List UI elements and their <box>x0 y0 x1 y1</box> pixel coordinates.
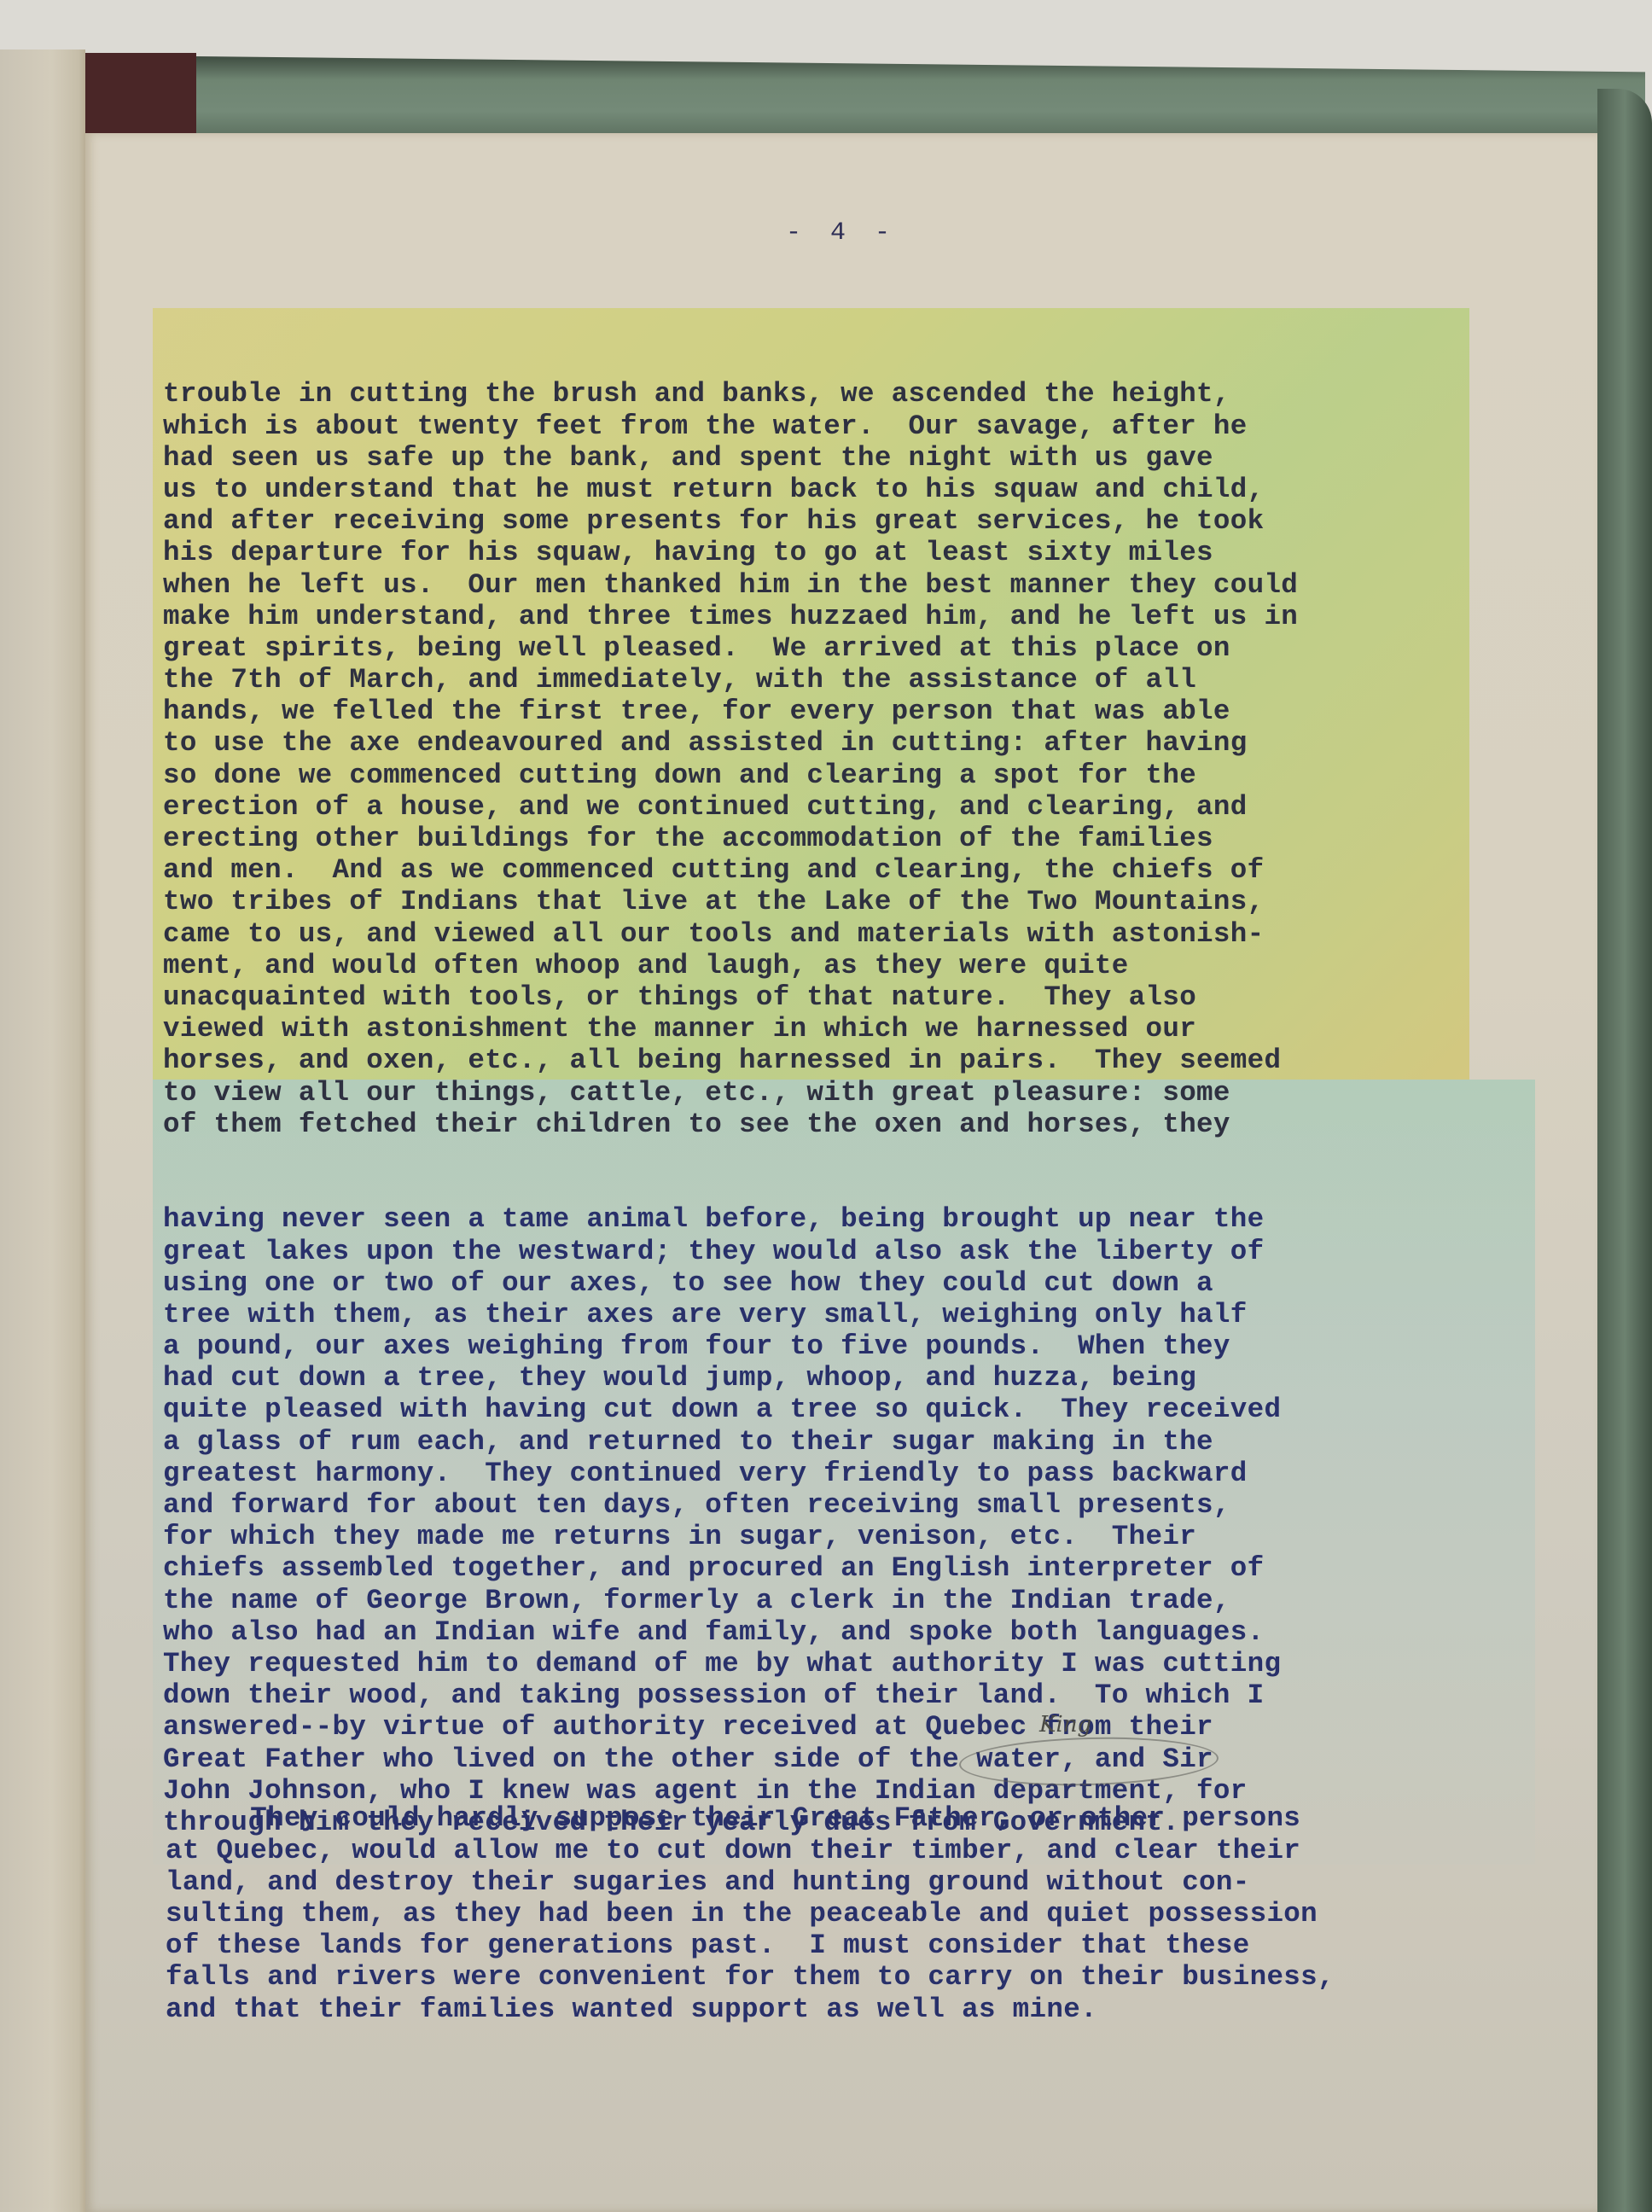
body-paragraph-1: trouble in cutting the brush and banks, … <box>163 315 1614 1901</box>
spine-stripe <box>85 53 196 138</box>
text-line: erection of a house, and we continued cu… <box>163 791 1614 823</box>
text-line: to view all our things, cattle, etc., wi… <box>163 1077 1614 1109</box>
highlighted-text: trouble in cutting the brush and banks, … <box>163 378 1614 1140</box>
typewritten-page: - 4 - trouble in cutting the brush and b… <box>85 133 1597 2212</box>
text-line: land, and destroy their sugaries and hun… <box>166 1866 1616 1898</box>
text-line: down their wood, and taking possession o… <box>163 1679 1614 1711</box>
text-line: and men. And as we commenced cutting and… <box>163 854 1614 886</box>
text-line: who also had an Indian wife and family, … <box>163 1616 1614 1648</box>
text-line: hands, we felled the first tree, for eve… <box>163 696 1614 727</box>
text-line: using one or two of our axes, to see how… <box>163 1267 1614 1299</box>
text-line: had cut down a tree, they would jump, wh… <box>163 1362 1614 1394</box>
body-paragraph-2: They could hardly suppose their Great Fa… <box>166 1739 1616 2088</box>
text-line: the name of George Brown, formerly a cle… <box>163 1585 1614 1616</box>
text-line: quite pleased with having cut down a tre… <box>163 1394 1614 1425</box>
text-line: They requested him to demand of me by wh… <box>163 1648 1614 1679</box>
text-line: when he left us. Our men thanked him in … <box>163 569 1614 601</box>
text-line: great spirits, being well pleased. We ar… <box>163 632 1614 664</box>
text-line: having never seen a tame animal before, … <box>163 1203 1614 1235</box>
text-line: falls and rivers were convenient for the… <box>166 1961 1616 1993</box>
text-line: two tribes of Indians that live at the L… <box>163 886 1614 917</box>
text-line: erecting other buildings for the accommo… <box>163 823 1614 854</box>
text-line: answered--by virtue of authority receive… <box>163 1711 1614 1743</box>
text-line: and that their families wanted support a… <box>166 1994 1616 2025</box>
text-line: came to us, and viewed all our tools and… <box>163 918 1614 950</box>
text-line: to use the axe endeavoured and assisted … <box>163 727 1614 759</box>
text-line: of them fetched their children to see th… <box>163 1109 1614 1140</box>
text-line: had seen us safe up the bank, and spent … <box>163 442 1614 474</box>
facing-page-edge <box>0 49 85 2212</box>
text-line: a pound, our axes weighing from four to … <box>163 1330 1614 1362</box>
text-line: at Quebec, would allow me to cut down th… <box>166 1835 1616 1866</box>
text-line: so done we commenced cutting down and cl… <box>163 760 1614 791</box>
text-line: us to understand that he must return bac… <box>163 474 1614 505</box>
text-line: make him understand, and three times huz… <box>163 601 1614 632</box>
text-line: which is about twenty feet from the wate… <box>163 410 1614 442</box>
text-line: and forward for about ten days, often re… <box>163 1489 1614 1521</box>
text-line: horses, and oxen, etc., all being harnes… <box>163 1045 1614 1076</box>
text-line: sulting them, as they had been in the pe… <box>166 1898 1616 1930</box>
text-line: and after receiving some presents for hi… <box>163 505 1614 537</box>
text-line: great lakes upon the westward; they woul… <box>163 1236 1614 1267</box>
text-line: chiefs assembled together, and procured … <box>163 1552 1614 1584</box>
handwritten-annotation: King <box>1039 1712 1091 1738</box>
text-line: ment, and would often whoop and laugh, a… <box>163 950 1614 981</box>
text-line: the 7th of March, and immediately, with … <box>163 664 1614 696</box>
text-line: trouble in cutting the brush and banks, … <box>163 378 1614 410</box>
text-line: They could hardly suppose their Great Fa… <box>166 1802 1616 1834</box>
paragraph-2-text: They could hardly suppose their Great Fa… <box>166 1802 1616 2024</box>
text-line: greatest harmony. They continued very fr… <box>163 1458 1614 1489</box>
text-line: for which they made me returns in sugar,… <box>163 1521 1614 1552</box>
text-line: unacquainted with tools, or things of th… <box>163 981 1614 1013</box>
text-line: of these lands for generations past. I m… <box>166 1930 1616 1961</box>
text-line: his departure for his squaw, having to g… <box>163 537 1614 568</box>
text-line: viewed with astonishment the manner in w… <box>163 1013 1614 1045</box>
text-line: tree with them, as their axes are very s… <box>163 1299 1614 1330</box>
page-number: - 4 - <box>85 218 1597 247</box>
text-line: a glass of rum each, and returned to the… <box>163 1426 1614 1458</box>
